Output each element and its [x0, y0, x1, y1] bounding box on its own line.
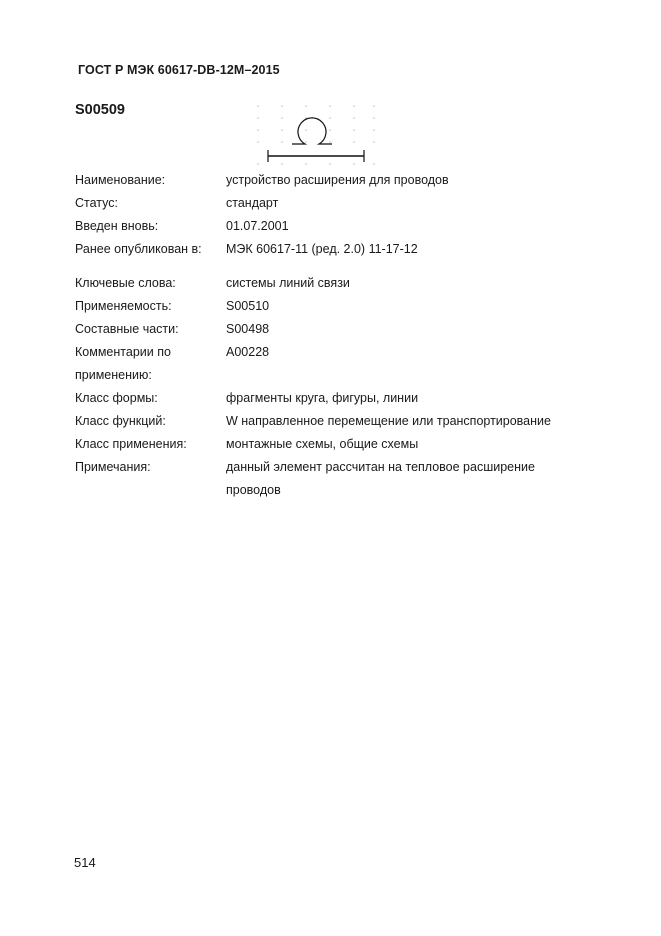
page-number: 514 — [74, 855, 96, 870]
field-notes: Примечания: данный элемент рассчитан на … — [75, 456, 586, 479]
field-keywords: Ключевые слова: системы линий связи — [75, 272, 586, 295]
field-value: проводов — [226, 479, 586, 502]
field-label: Статус: — [75, 192, 226, 215]
field-label: Применяемость: — [75, 295, 226, 318]
field-value: A00228 — [226, 341, 586, 364]
field-application-comments: Комментарии по A00228 — [75, 341, 586, 364]
field-notes-cont: проводов — [75, 479, 586, 502]
field-label: Класс функций: — [75, 410, 226, 433]
field-function-class: Класс функций: W направленное перемещени… — [75, 410, 586, 433]
field-label: Введен вновь: — [75, 215, 226, 238]
document-header: ГОСТ Р МЭК 60617-DB-12M–2015 — [78, 63, 280, 77]
field-status: Статус: стандарт — [75, 192, 586, 215]
field-value: данный элемент рассчитан на тепловое рас… — [226, 456, 586, 479]
thermal-expansion-loop-symbol-icon — [252, 100, 380, 166]
field-shape-class: Класс формы: фрагменты круга, фигуры, ли… — [75, 387, 586, 410]
field-introduced: Введен вновь: 01.07.2001 — [75, 215, 586, 238]
field-label: Класс формы: — [75, 387, 226, 410]
field-label: Класс применения: — [75, 433, 226, 456]
field-label: Составные части: — [75, 318, 226, 341]
field-application-comments-cont: применению: — [75, 364, 586, 387]
field-label: Ключевые слова: — [75, 272, 226, 295]
field-value: МЭК 60617-11 (ред. 2.0) 11-17-12 — [226, 238, 586, 261]
field-label: Ранее опубликован в: — [75, 238, 226, 261]
field-applicability: Применяемость: S00510 — [75, 295, 586, 318]
field-previously-published: Ранее опубликован в: МЭК 60617-11 (ред. … — [75, 238, 586, 261]
field-value: фрагменты круга, фигуры, линии — [226, 387, 586, 410]
field-label: применению: — [75, 364, 226, 387]
field-value — [226, 364, 586, 387]
field-value: S00498 — [226, 318, 586, 341]
field-value: 01.07.2001 — [226, 215, 586, 238]
field-value: S00510 — [226, 295, 586, 318]
field-label: Комментарии по — [75, 341, 226, 364]
field-value: устройство расширения для проводов — [226, 169, 586, 192]
field-value: W направленное перемещение или транспорт… — [226, 410, 586, 433]
field-label — [75, 479, 226, 502]
field-components: Составные части: S00498 — [75, 318, 586, 341]
field-application-class: Класс применения: монтажные схемы, общие… — [75, 433, 586, 456]
field-label: Наименование: — [75, 169, 226, 192]
field-value: стандарт — [226, 192, 586, 215]
field-value: системы линий связи — [226, 272, 586, 295]
field-name: Наименование: устройство расширения для … — [75, 169, 586, 192]
element-code: S00509 — [75, 102, 125, 118]
field-label: Примечания: — [75, 456, 226, 479]
field-value: монтажные схемы, общие схемы — [226, 433, 586, 456]
